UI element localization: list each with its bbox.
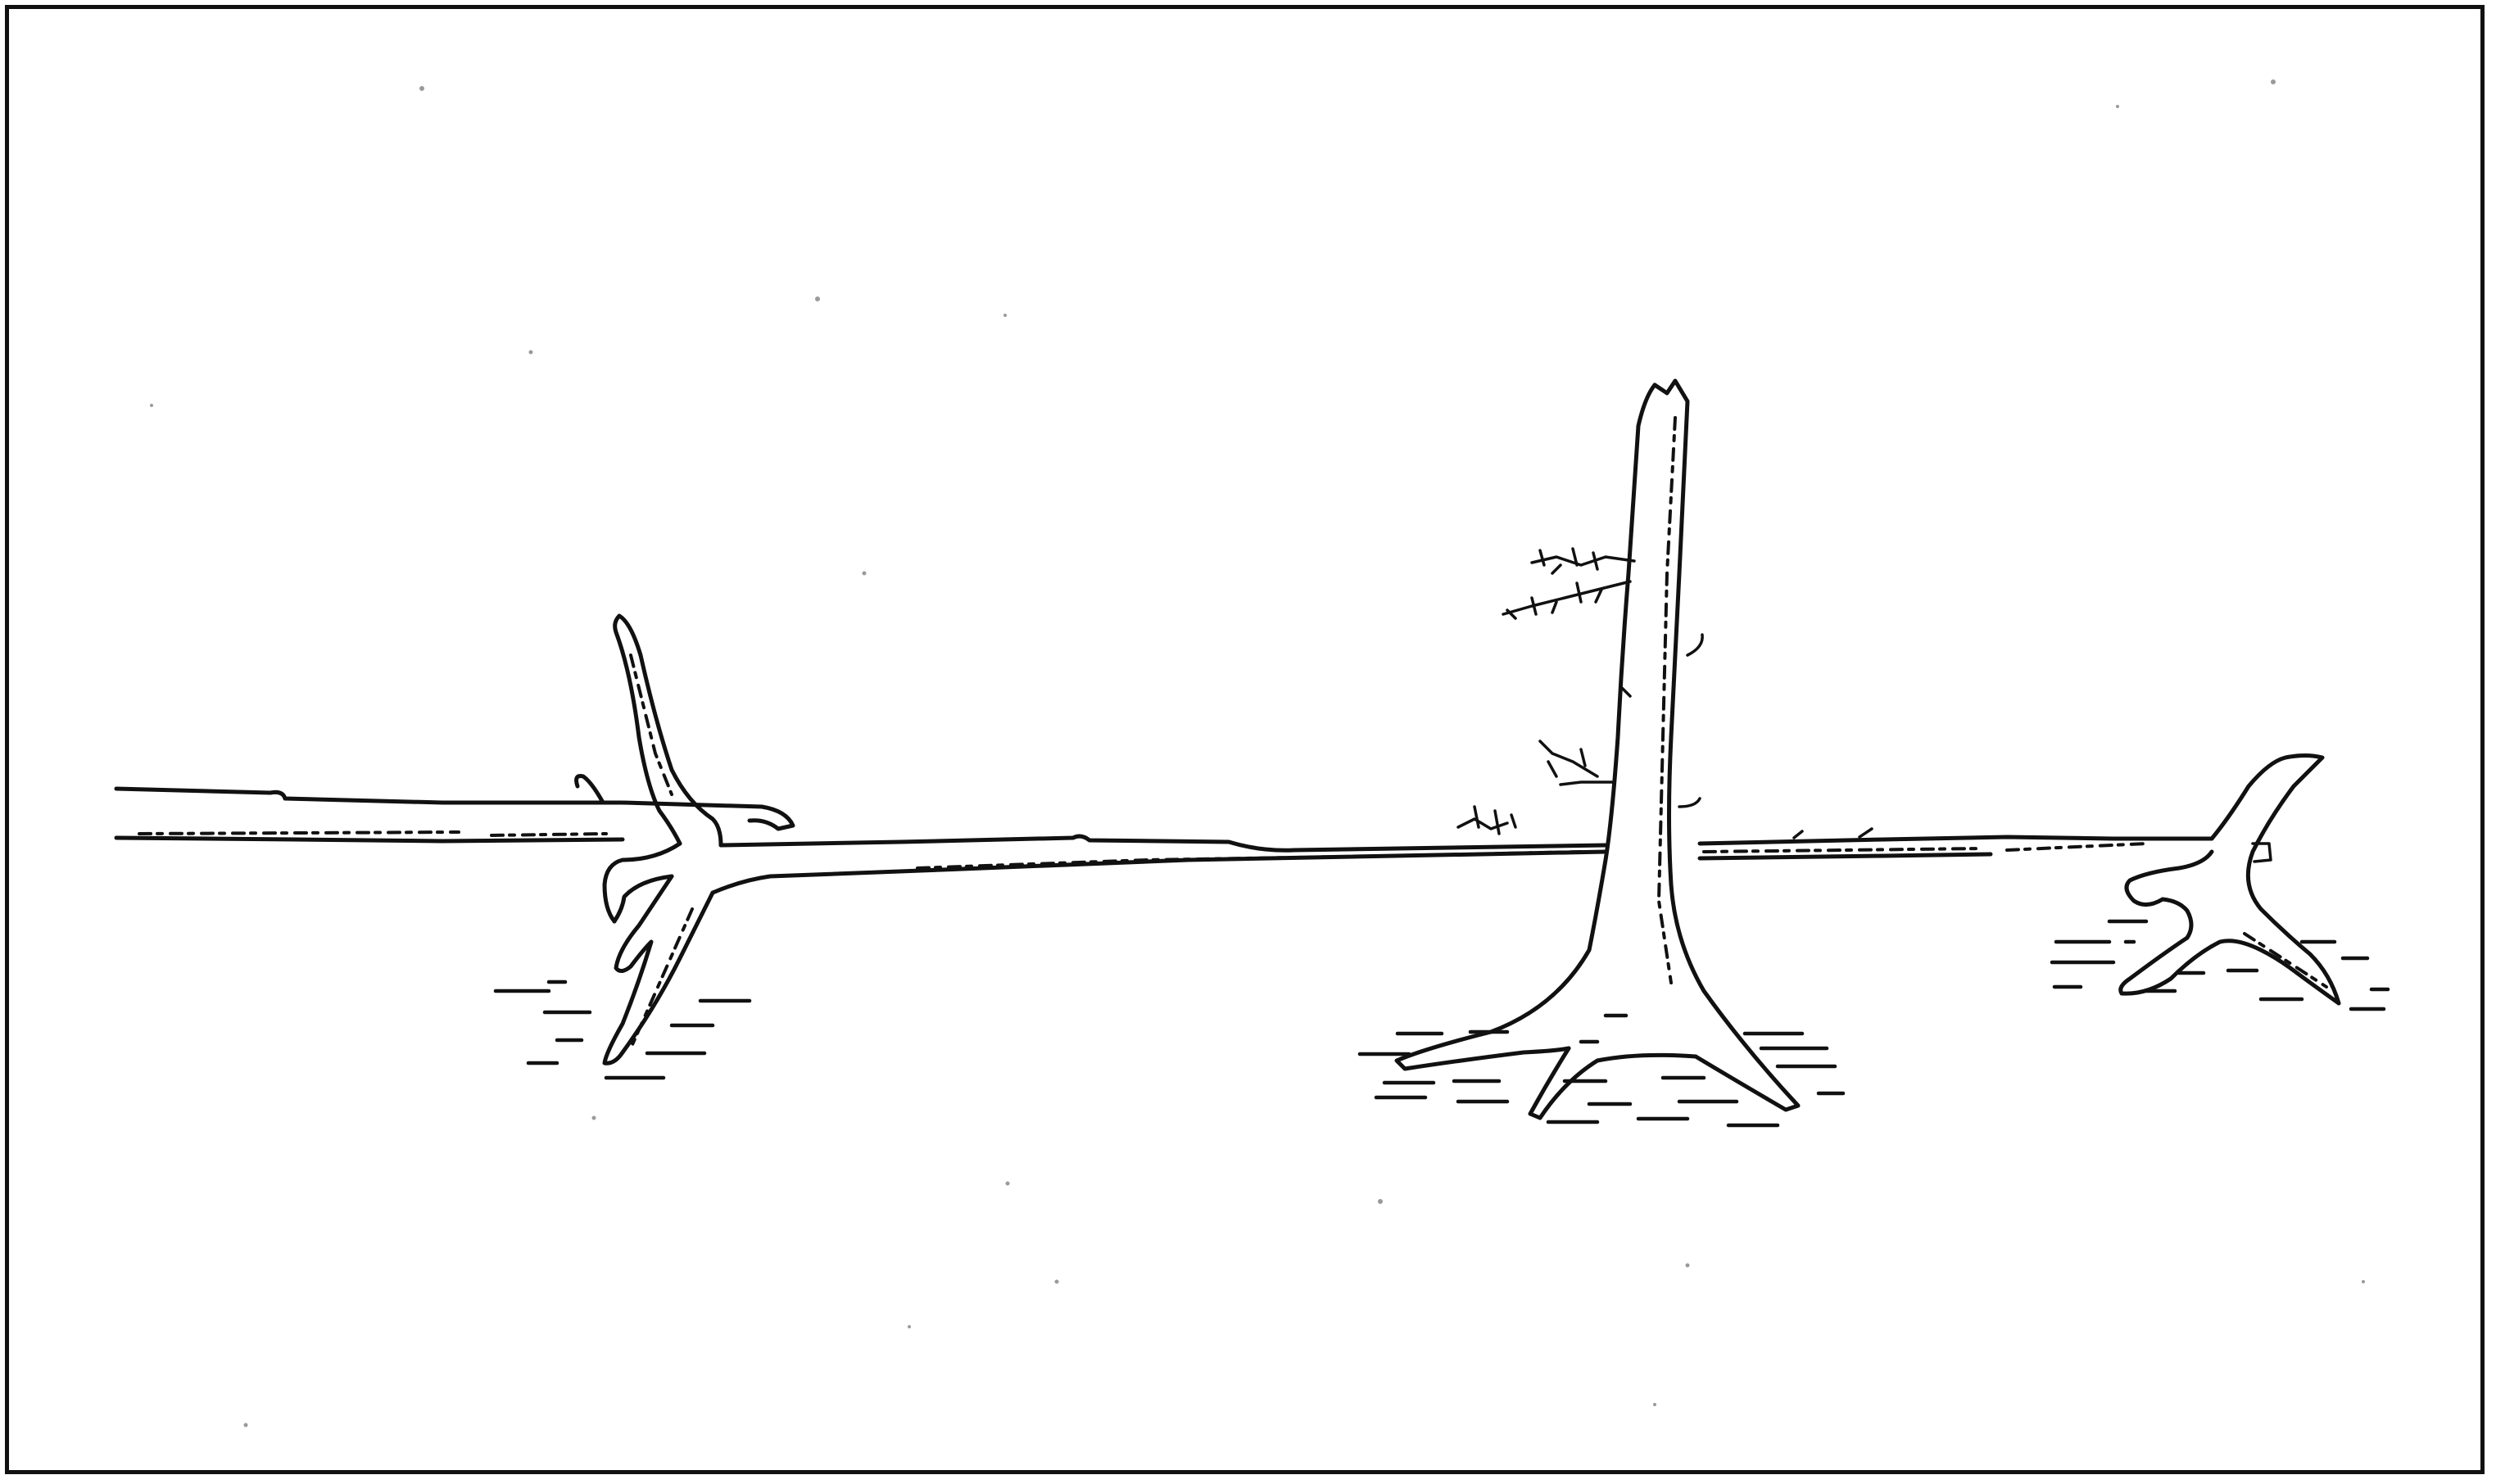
left-log (116, 776, 793, 842)
scan-specks (150, 79, 2365, 1427)
main-log (713, 829, 2212, 893)
foliage-sprigs (1458, 549, 1634, 834)
fallen-log-illustration (0, 0, 2496, 1484)
right-stump (2121, 756, 2339, 1004)
water-ripples (496, 921, 2388, 1125)
center-tree (1397, 381, 1798, 1118)
